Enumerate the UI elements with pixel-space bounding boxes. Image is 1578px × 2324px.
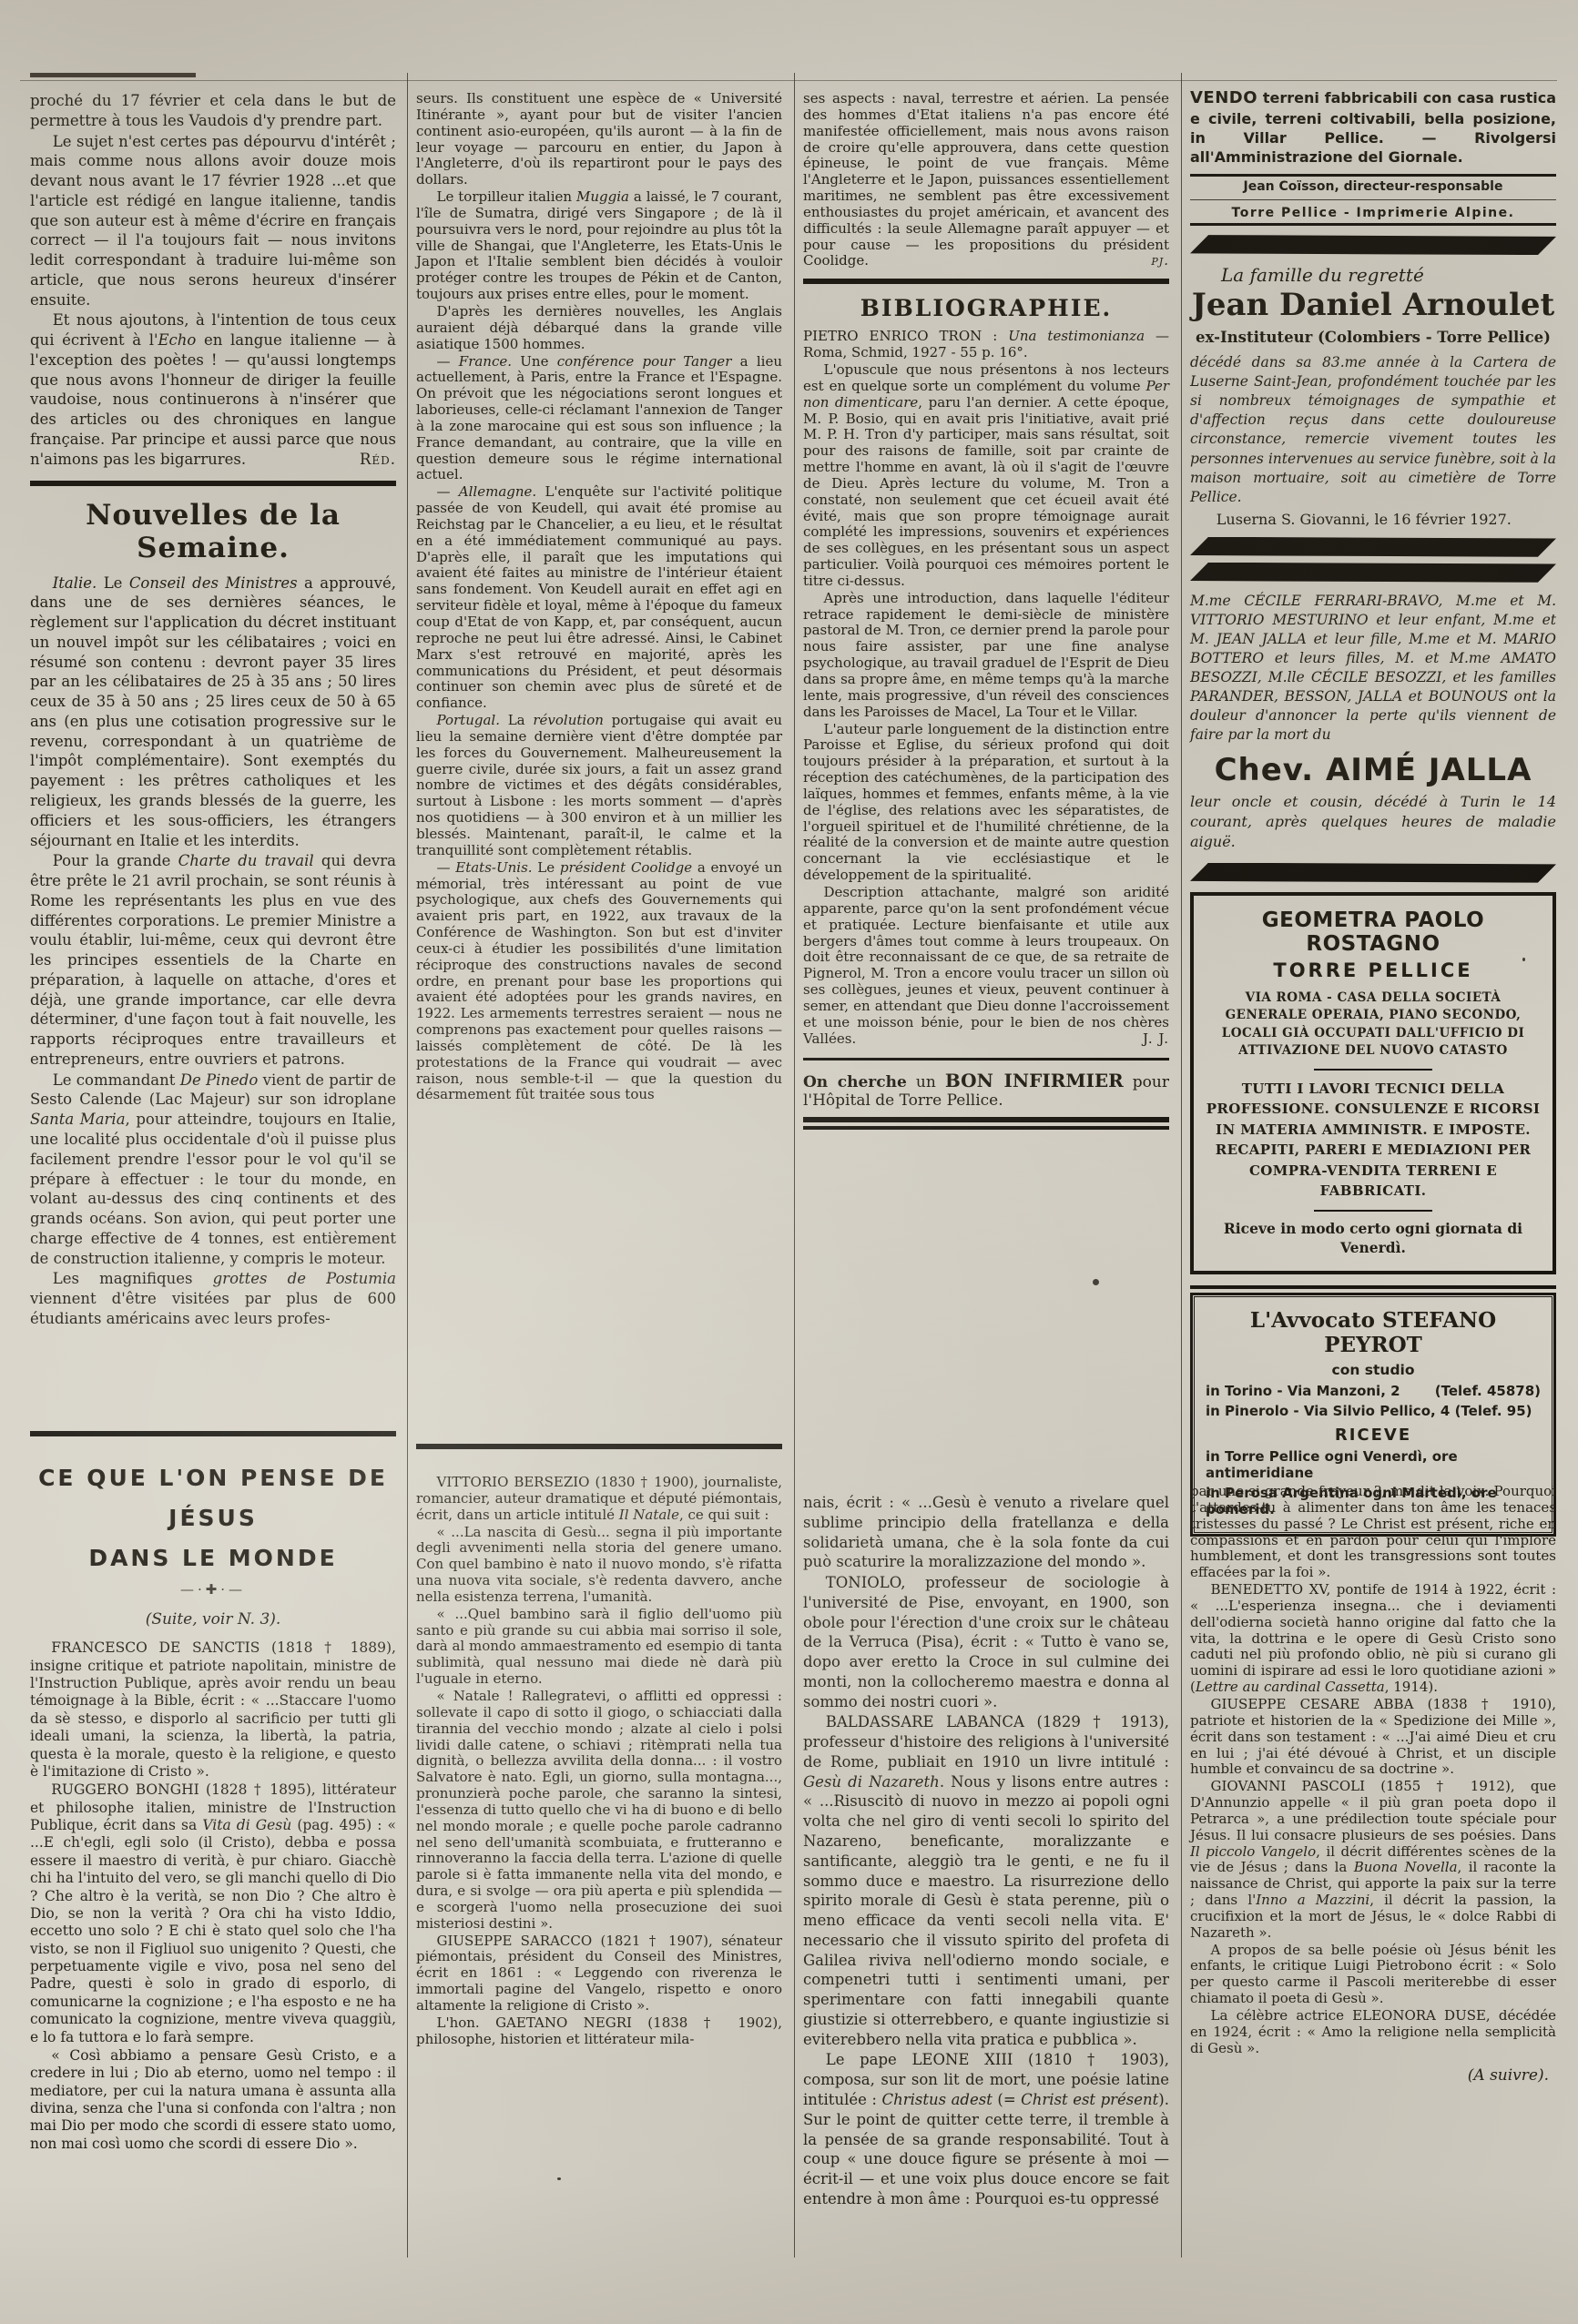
- paragraph: Les magnifiques grottes de Postumia vien…: [30, 1269, 396, 1328]
- paragraph: par une si grande frayeur ?, me dit la v…: [1190, 1484, 1556, 1581]
- section-divider-bar: [30, 1431, 396, 1436]
- news-of-the-week: Italie. Le Conseil des Ministres a appro…: [30, 573, 396, 1329]
- ad-peyrot-torino: in Torino - Via Manzoni, 2 (Telef. 45878…: [1206, 1383, 1541, 1399]
- ad-peyrot-torre: in Torre Pellice ogni Venerdì, ore antim…: [1206, 1448, 1541, 1481]
- paragraph: Le pape LEONE XIII (1810 † 1903), compos…: [803, 2050, 1169, 2208]
- jesus-quotes-col3: nais, écrit : « ...Gesù è venuto a rivel…: [803, 1493, 1169, 2209]
- paragraph: La célèbre actrice ELEONORA DUSE, décédé…: [1190, 2008, 1556, 2057]
- jesus-article-headline: CE QUE L'ON PENSE DE JÉSUS DANS LE MONDE: [30, 1458, 396, 1578]
- paragraph: Italie. Le Conseil des Ministres a appro…: [30, 573, 396, 851]
- ad-peyrot-pinerolo: in Pinerolo - Via Silvio Pellico, 4 (Tel…: [1206, 1403, 1541, 1419]
- paragraph: D'après les dernières nouvelles, les Ang…: [416, 304, 782, 353]
- phone: (Telef. 45878): [1435, 1383, 1541, 1399]
- paragraph: « ...Quel bambino sarà il figlio dell'uo…: [416, 1607, 782, 1688]
- section-divider-bar: [803, 279, 1169, 284]
- decorative-ribbon: [1190, 563, 1556, 583]
- obituary-jalla: M.me CÉCILE FERRARI-BRAVO, M.me et M. VI…: [1190, 592, 1556, 852]
- obituary-lead: La famille du regretté: [1221, 264, 1556, 286]
- paragraph: Portugal. La révolution portugaise qui a…: [416, 713, 782, 859]
- masthead-director: Jean Coïsson, directeur-responsable: [1190, 177, 1556, 197]
- column-rule-2: [794, 73, 795, 2258]
- paragraph: Description attachante, malgré son aridi…: [803, 885, 1169, 1047]
- paragraph: Après une introduction, dans laquelle l'…: [803, 591, 1169, 721]
- paragraph: — Allemagne. L'enquête sur l'activité po…: [416, 484, 782, 712]
- ad-divider: [1314, 1069, 1432, 1071]
- paragraph: L'opuscule que nous présentons à nos lec…: [803, 362, 1169, 590]
- obituary-name: Jean Daniel Arnoulet: [1190, 288, 1556, 323]
- ad-vendo: VENDO terreni fabbricabili con casa rust…: [1190, 87, 1556, 167]
- paragraph: GIUSEPPE CESARE ABBA (1838 † 1910), patr…: [1190, 1697, 1556, 1778]
- paragraph: — Etats-Unis. Le président Coolidge a en…: [416, 860, 782, 1104]
- obituary-name: Chev. AIMÉ JALLA: [1190, 752, 1556, 788]
- rule-bar: [803, 1126, 1169, 1130]
- obituary-body: décédé dans sa 83.me année à la Cartera …: [1190, 353, 1556, 507]
- news-headline: Nouvelles de la Semaine.: [30, 499, 396, 564]
- ad-rostagno: GEOMETRA PAOLO ROSTAGNO TORRE PELLICE VI…: [1190, 892, 1556, 1274]
- jesus-quotes: FRANCESCO DE SANCTIS (1818 † 1889), insi…: [30, 1639, 396, 2153]
- ad-rostagno-city: TORRE PELLICE: [1205, 959, 1542, 981]
- paragraph: seurs. Ils constituent une espèce de « U…: [416, 91, 782, 188]
- paragraph: A propos de sa belle poésie où Jésus bén…: [1190, 1943, 1556, 2007]
- paragraph: PIETRO ENRICO TRON : Una testimonianza —…: [803, 329, 1169, 361]
- paragraph: VITTORIO BERSEZIO (1830 † 1900), journal…: [416, 1475, 782, 1524]
- ad-rostagno-title: GEOMETRA PAOLO ROSTAGNO: [1205, 908, 1542, 956]
- paragraph: L'hon. GAETANO NEGRI (1838 † 1902), phil…: [416, 2015, 782, 2048]
- obituary-after: leur oncle et cousin, décédé à Turin le …: [1190, 792, 1556, 851]
- ad-rostagno-services: TUTTI I LAVORI TECNICI DELLA PROFESSIONE…: [1205, 1079, 1542, 1202]
- notice-infirmier: On cherche un BON INFIRMIER pour l'Hôpit…: [803, 1070, 1169, 1110]
- jesus-quotes-col4: par une si grande frayeur ?, me dit la v…: [1190, 1484, 1556, 2057]
- ad-rostagno-address: VIA ROMA - CASA DELLA SOCIETÀ GENERALE O…: [1205, 989, 1542, 1061]
- paragraph: « Natale ! Rallegratevi, o afflitti ed o…: [416, 1689, 782, 1933]
- decorative-ribbon: [1190, 235, 1556, 255]
- article-continuation: proché du 17 février et cela dans le but…: [30, 91, 396, 470]
- paragraph: FRANCESCO DE SANCTIS (1818 † 1889), insi…: [30, 1639, 396, 1781]
- headline-line-1: CE QUE L'ON PENSE DE JÉSUS: [38, 1465, 388, 1531]
- suite-note: (Suite, voir N. 3).: [30, 1610, 396, 1629]
- paragraph: GIOVANNI PASCOLI (1855 † 1912), que D'An…: [1190, 1779, 1556, 1941]
- notice-bottom-rule: [803, 1117, 1169, 1130]
- paragraph: RUGGERO BONGHI (1828 † 1895), littérateu…: [30, 1781, 396, 2046]
- news-continuation-2: ses aspects : naval, terrestre et aérien…: [803, 91, 1169, 269]
- decorative-ribbon: [1190, 537, 1556, 557]
- column-4-bottom: par une si grande frayeur ?, me dit la v…: [1190, 1484, 1556, 2085]
- masthead-printer: Torre Pellice - Imprimerie Alpine.: [1190, 203, 1556, 223]
- page-top-rule: [20, 63, 1557, 65]
- paragraph: Le commandant De Pinedo vient de partir …: [30, 1071, 396, 1269]
- obituary-arnoulet: La famille du regretté Jean Daniel Arnou…: [1190, 264, 1556, 528]
- page-top-rule-2: [20, 80, 1557, 81]
- ink-speck: [557, 2177, 561, 2180]
- obituary-date: Luserna S. Giovanni, le 16 février 1927.: [1190, 511, 1556, 528]
- masthead-rule-2: [1190, 223, 1556, 226]
- column-1-bottom: CE QUE L'ON PENSE DE JÉSUS DANS LE MONDE…: [30, 1431, 396, 2154]
- ad-peyrot-subtitle: con studio: [1204, 1362, 1542, 1378]
- bibliographie-review: PIETRO ENRICO TRON : Una testimonianza —…: [803, 329, 1169, 1047]
- paragraph: « ...La nascita di Gesù... segna il più …: [416, 1525, 782, 1606]
- jesus-quotes-col2: VITTORIO BERSEZIO (1830 † 1900), journal…: [416, 1475, 782, 2048]
- column-3-bottom: nais, écrit : « ...Gesù è venuto a rivel…: [803, 1493, 1169, 2210]
- paragraph: BALDASSARE LABANCA (1829 † 1913), profes…: [803, 1712, 1169, 2049]
- paragraph: proché du 17 février et cela dans le but…: [30, 91, 396, 131]
- notice-top-rule: [803, 1058, 1169, 1061]
- page-top-bar: [30, 73, 196, 77]
- ad-separator-bar: [1190, 1285, 1556, 1289]
- address: in Torino - Via Manzoni, 2: [1206, 1383, 1400, 1399]
- paragraph: nais, écrit : « ...Gesù è venuto a rivel…: [803, 1493, 1169, 1572]
- column-rule-1: [407, 73, 408, 2258]
- headline-line-2: DANS LE MONDE: [88, 1545, 337, 1571]
- headline-ornament: —·✚·—: [30, 1581, 396, 1598]
- column-2-top: seurs. Ils constituent une espèce de « U…: [416, 91, 782, 1104]
- column-2-bottom: VITTORIO BERSEZIO (1830 † 1900), journal…: [416, 1444, 782, 2049]
- obituary-subtitle: ex-Instituteur (Colombiers - Torre Pelli…: [1190, 329, 1556, 346]
- paragraph: TONIOLO, professeur de sociologie à l'un…: [803, 1573, 1169, 1711]
- paragraph: « Così abbiamo a pensare Gesù Cristo, e …: [30, 2047, 396, 2153]
- rule-bar: [803, 1117, 1169, 1122]
- paragraph: — France. Une conférence pour Tanger a l…: [416, 354, 782, 484]
- paragraph: Et nous ajoutons, à l'intention de tous …: [30, 310, 396, 469]
- ad-peyrot-riceve: RICEVE: [1204, 1426, 1542, 1445]
- column-3-top: ses aspects : naval, terrestre et aérien…: [803, 91, 1169, 1133]
- ad-peyrot-title: L'Avvocato STEFANO PEYROT: [1204, 1308, 1542, 1357]
- ink-speck: [1093, 1279, 1099, 1285]
- section-divider-bar: [30, 481, 396, 486]
- bibliographie-headline: BIBLIOGRAPHIE.: [803, 295, 1169, 321]
- column-rule-3: [1181, 73, 1182, 2258]
- ad-divider: [1314, 1210, 1432, 1212]
- paragraph: Le sujet n'est certes pas dépourvu d'int…: [30, 132, 396, 310]
- paragraph: Le torpilleur italien Muggia a laissé, l…: [416, 189, 782, 303]
- decorative-ribbon: [1190, 863, 1556, 883]
- paragraph: BENEDETTO XV, pontife de 1914 à 1922, éc…: [1190, 1582, 1556, 1696]
- paragraph: ses aspects : naval, terrestre et aérien…: [803, 91, 1169, 269]
- section-divider-bar: [416, 1444, 782, 1449]
- column-1-top: proché du 17 février et cela dans le but…: [30, 91, 396, 1330]
- news-continuation: seurs. Ils constituent une espèce de « U…: [416, 91, 782, 1103]
- paragraph: GIUSEPPE SARACCO (1821 † 1907), sénateur…: [416, 1933, 782, 2014]
- newspaper-page: proché du 17 février et cela dans le but…: [0, 0, 1578, 2324]
- column-4-top: VENDO terreni fabbricabili con casa rust…: [1190, 87, 1556, 1537]
- paragraph: L'auteur parle longuement de la distinct…: [803, 722, 1169, 884]
- closing-note: (A suivre).: [1190, 2066, 1556, 2085]
- ad-rostagno-hours: Riceve in modo certo ogni giornata di Ve…: [1205, 1220, 1542, 1258]
- paragraph: Pour la grande Charte du travail qui dev…: [30, 851, 396, 1069]
- obituary-families: M.me CÉCILE FERRARI-BRAVO, M.me et M. VI…: [1190, 592, 1556, 746]
- masthead-thin-rule: [1190, 199, 1556, 200]
